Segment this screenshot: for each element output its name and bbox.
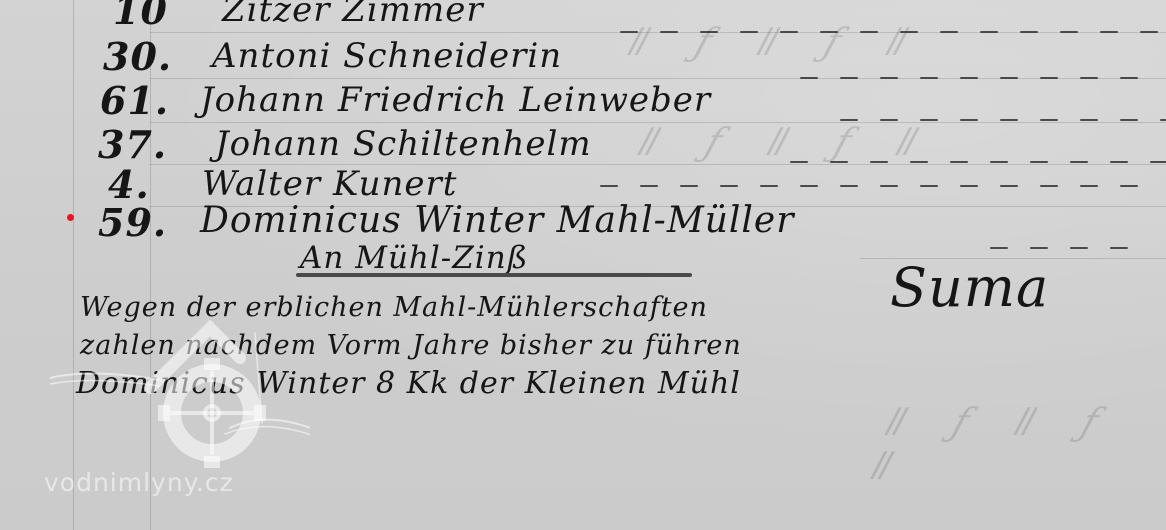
entry-number: 30.	[103, 34, 172, 79]
fill-dashes	[990, 244, 1128, 250]
ink-bleed-through: ǁ ƒ ǁ ƒ ǁ	[623, 20, 932, 64]
subheading: An Mühl-Zinß	[300, 240, 528, 276]
entry-name: Antoni Schneiderin	[212, 36, 562, 76]
mill-wheel-icon	[50, 318, 310, 468]
entry-name: Zitzer Zimmer	[222, 0, 484, 30]
summary-label: Suma	[890, 256, 1049, 319]
entry-number: 37.	[98, 122, 167, 167]
entry-name: Johann Schiltenhelm	[215, 124, 592, 164]
watermark-text: vodnimlyny.cz	[44, 468, 234, 497]
fill-dashes	[600, 182, 1138, 188]
fill-dashes	[800, 74, 1138, 80]
entry-number: 61.	[100, 78, 169, 123]
entry-number: 59.	[98, 200, 167, 245]
location-marker	[67, 214, 74, 221]
entry-name: Johann Friedrich Leinweber	[200, 80, 711, 120]
fill-dashes	[620, 28, 1158, 34]
subheading-underline	[296, 273, 692, 277]
entry-number: 10	[113, 0, 168, 33]
entry-name: Dominicus Winter Mahl-Müller	[200, 200, 794, 241]
fill-dashes	[840, 116, 1166, 122]
fill-dashes	[790, 158, 1166, 164]
ink-bleed-through: ǁ ƒ ǁ ƒ ǁ	[866, 400, 1166, 488]
entry-name: Walter Kunert	[202, 164, 457, 204]
document-page: ǁ ƒ ǁ ƒ ǁ ǁ ƒ ǁ ƒ ǁ ǁ ƒ ǁ ƒ ǁ 10 Zitzer …	[0, 0, 1166, 530]
